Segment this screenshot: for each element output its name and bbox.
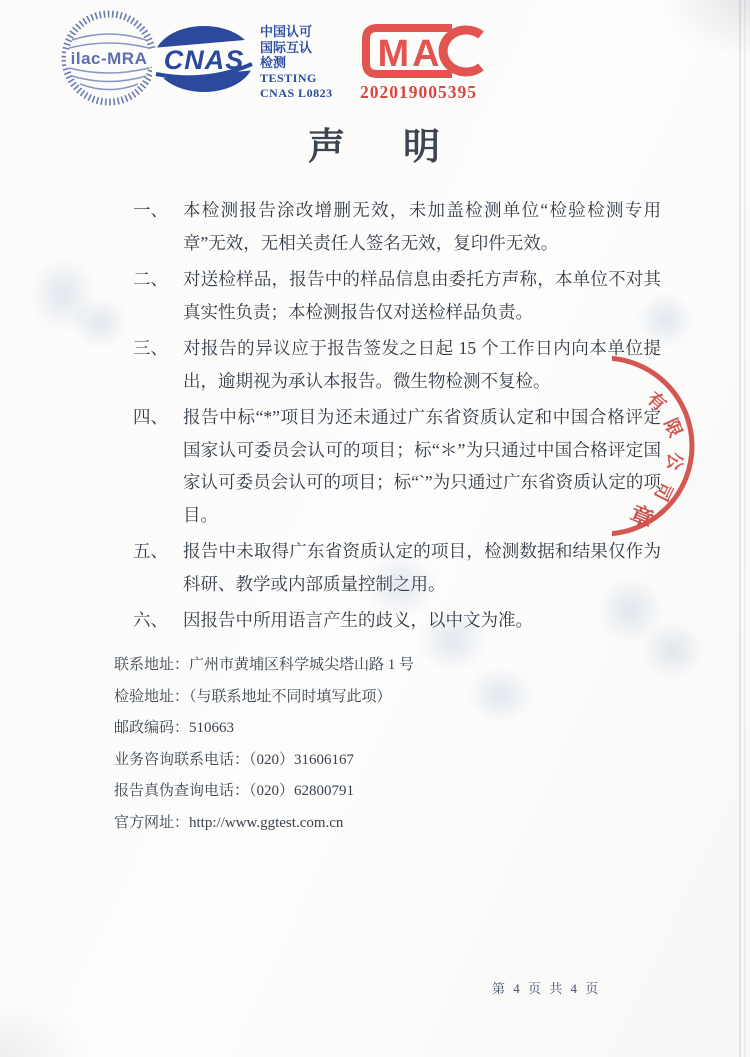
- cma-c-arc: [443, 30, 481, 72]
- statement-number: 四、: [133, 401, 183, 531]
- contact-line-address: 联系地址：广州市黄埔区科学城尖塔山路 1 号: [114, 650, 414, 682]
- statement-text: 对报告的异议应于报告签发之日起 15 个工作日内向本单位提出，逾期视为承认本报告…: [183, 332, 661, 397]
- statement-number: 六、: [133, 604, 183, 637]
- company-seal-stamp: 有 限 公 司 章: [612, 348, 704, 550]
- contact-line-inspection-address: 检验地址：（与联系地址不同时填写此项）: [114, 682, 414, 714]
- cma-logo-block: MA 202019005395: [360, 22, 488, 103]
- statement-text: 因报告中所用语言产生的歧义，以中文为准。: [183, 604, 661, 637]
- statement-number: 二、: [133, 263, 183, 328]
- watermark-artifact: [70, 295, 130, 350]
- statement-number: 三、: [133, 332, 183, 397]
- statement-item: 五、 报告中未取得广东省资质认定的项目，检测数据和结果仅作为科研、教学或内部质量…: [133, 535, 661, 600]
- cma-logo: MA: [360, 22, 488, 80]
- statement-text: 本检测报告涂改增删无效，未加盖检测单位“检验检测专用章”无效，无相关责任人签名无…: [183, 194, 661, 259]
- seal-ring-char: 公: [664, 452, 685, 471]
- statement-item: 一、 本检测报告涂改增删无效，未加盖检测单位“检验检测专用章”无效，无相关责任人…: [133, 194, 661, 259]
- accreditation-line: TESTING: [260, 71, 346, 87]
- cnas-label: CNAS: [164, 45, 245, 75]
- statement-item: 三、 对报告的异议应于报告签发之日起 15 个工作日内向本单位提出，逾期视为承认…: [133, 332, 661, 397]
- statement-item: 四、 报告中标“*”项目为还未通过广东省资质认定和中国合格评定国家认可委员会认可…: [133, 401, 661, 531]
- accreditation-line: CNAS L0823: [260, 86, 346, 102]
- statement-number: 一、: [133, 194, 183, 259]
- contact-line-business-phone: 业务咨询联系电话：（020）31606167: [114, 745, 414, 777]
- scan-corner-shade: [660, 0, 750, 60]
- statement-text: 报告中标“*”项目为还未通过广东省资质认定和中国合格评定国家认可委员会认可的项目…: [183, 401, 661, 531]
- page-title: 声 明: [0, 116, 750, 170]
- statement-text: 报告中未取得广东省资质认定的项目，检测数据和结果仅作为科研、教学或内部质量控制之…: [183, 535, 661, 600]
- statement-list: 一、 本检测报告涂改增删无效，未加盖检测单位“检验检测专用章”无效，无相关责任人…: [133, 194, 661, 641]
- watermark-artifact: [465, 665, 535, 725]
- statement-text: 对送检样品，报告中的样品信息由委托方声称，本单位不对其真实性负责；本检测报告仅对…: [183, 263, 661, 328]
- accreditation-text-block: 中国认可 国际互认 检测 TESTING CNAS L0823: [260, 24, 346, 102]
- accreditation-logo-row: ilac-MRA CNAS 中国认可 国际互认 检测 TESTING CNAS …: [58, 10, 488, 106]
- seal-ring-char: 限: [660, 415, 686, 440]
- seal-ring-char: 有: [643, 387, 670, 415]
- accreditation-line: 中国认可: [260, 24, 346, 40]
- contact-line-postcode: 邮政编码：510663: [114, 713, 414, 745]
- watermark-artifact: [28, 255, 98, 335]
- statement-item: 六、 因报告中所用语言产生的歧义，以中文为准。: [133, 604, 661, 637]
- statement-item: 二、 对送检样品，报告中的样品信息由委托方声称，本单位不对其真实性负责；本检测报…: [133, 263, 661, 328]
- scan-corner-shade: [0, 997, 90, 1057]
- page-title-char: 声: [308, 116, 347, 170]
- statement-number: 五、: [133, 535, 183, 600]
- cnas-logo: CNAS: [152, 24, 256, 94]
- page-number: 第 4 页 共 4 页: [492, 978, 601, 997]
- page-title-char: 明: [403, 116, 442, 170]
- accreditation-line: 国际互认: [260, 40, 346, 56]
- accreditation-line: 检测: [260, 55, 346, 71]
- contact-info-block: 联系地址：广州市黄埔区科学城尖塔山路 1 号 检验地址：（与联系地址不同时填写此…: [114, 650, 414, 839]
- contact-line-verify-phone: 报告真伪查询电话：（020）62800791: [114, 776, 414, 808]
- ilac-mra-logo: ilac-MRA: [58, 10, 160, 106]
- contact-line-website: 官方网址：http://www.ggtest.com.cn: [114, 808, 414, 840]
- cma-letters: MA: [377, 33, 442, 75]
- report-declaration-page: ilac-MRA CNAS 中国认可 国际互认 检测 TESTING CNAS …: [0, 0, 750, 1057]
- cma-certificate-number: 202019005395: [360, 82, 488, 103]
- ilac-mra-label: ilac-MRA: [71, 49, 148, 68]
